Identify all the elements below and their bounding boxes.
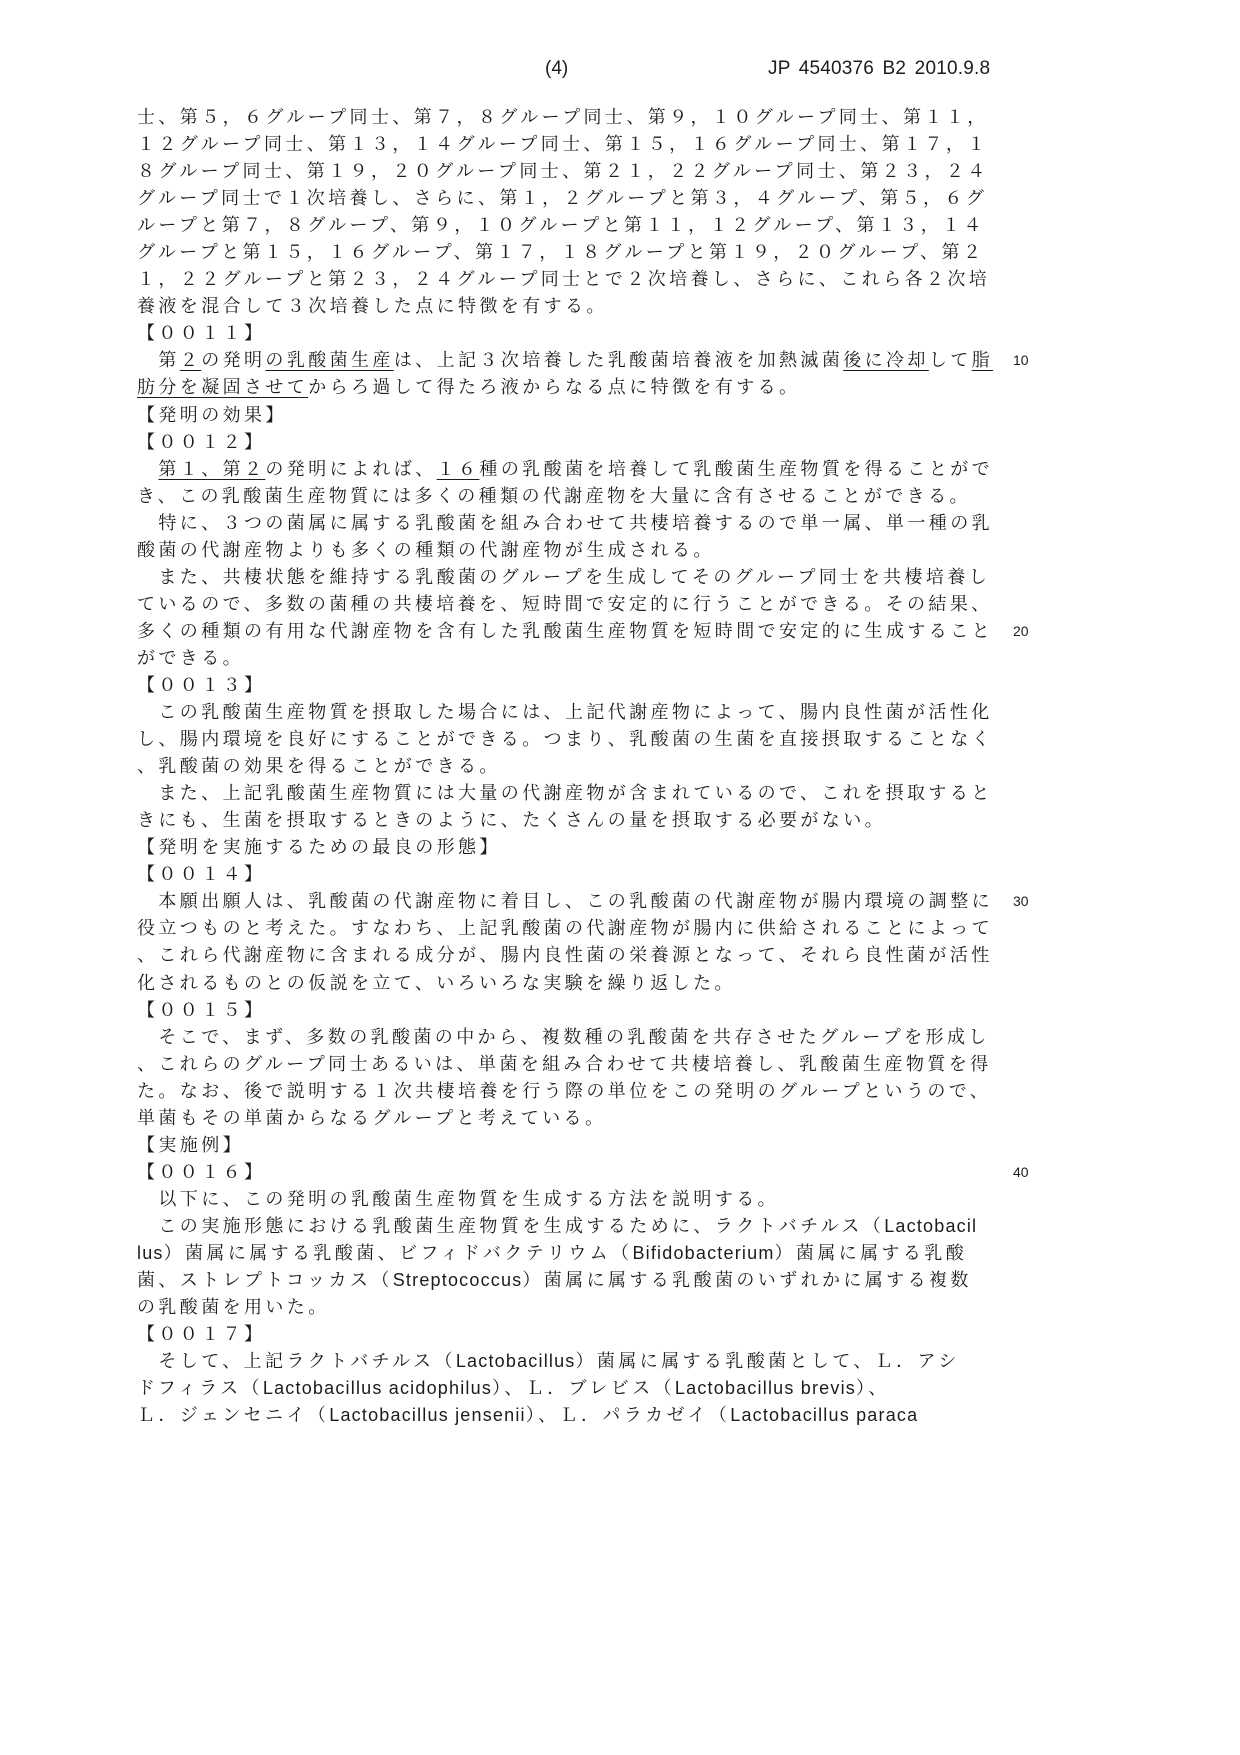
text-segment: 【００１５】	[137, 1000, 265, 1021]
underlined-text: ２	[180, 350, 201, 371]
line-number-marker: 20	[1013, 618, 1029, 645]
underlined-text: 肪分を凝固させて	[137, 377, 308, 398]
text-segment: Ｌ．ジェンセニイ（	[137, 1405, 329, 1426]
text-segment: 士、第５，６グループ同士、第７，８グループ同士、第９，１０グループ同士、第１１，	[137, 107, 989, 128]
text-segment: 第	[137, 350, 180, 371]
text-line: 【発明の効果】	[137, 402, 1037, 429]
text-line: 化されるものとの仮説を立て、いろいろな実験を繰り返した。	[137, 970, 1037, 997]
text-segment: 、乳酸菌の効果を得ることができる。	[137, 756, 501, 777]
text-segment: して	[929, 350, 972, 371]
text-segment: ）菌属に属する乳酸菌として、Ｌ．アシ	[576, 1351, 960, 1372]
text-segment: 多くの種類の有用な代謝産物を含有した乳酸菌生産物質を短時間で安定的に生成すること	[137, 621, 993, 642]
text-line: 【００１１】	[137, 320, 1037, 347]
text-segment: ）、Ｌ．ブレビス（	[492, 1378, 675, 1399]
text-line: この乳酸菌生産物質を摂取した場合には、上記代謝産物によって、腸内良性菌が活性化	[137, 699, 1037, 726]
text-segment: の発明によれば、	[265, 459, 436, 480]
text-line: 【００１５】	[137, 997, 1037, 1024]
text-segment: また、共棲状態を維持する乳酸菌のグループを生成してそのグループ同士を共棲培養し	[137, 567, 990, 588]
text-line: ループと第７，８グループ、第９，１０グループと第１１，１２グループ、第１３，１４	[137, 212, 1037, 239]
text-segment: た。なお、後で説明する１次共棲培養を行う際の単位をこの発明のグループというので、	[137, 1081, 991, 1102]
text-segment: ８グループ同士、第１９，２０グループ同士、第２１，２２グループ同士、第２３，２４	[137, 161, 989, 182]
text-line: ができる。	[137, 645, 1037, 672]
page-header: (4) JP 4540376 B2 2010.9.8	[0, 58, 1240, 86]
text-line: 単菌もその単菌からなるグループと考えている。	[137, 1105, 1037, 1132]
text-line: また、上記乳酸菌生産物質には大量の代謝産物が含まれているので、これを摂取すると	[137, 780, 1037, 807]
text-line: た。なお、後で説明する１次共棲培養を行う際の単位をこの発明のグループというので、	[137, 1078, 1037, 1105]
text-line: 【００１６】40	[137, 1159, 1037, 1186]
text-segment: ）、Ｌ．パラカゼイ（	[526, 1405, 730, 1426]
text-segment: そこで、まず、多数の乳酸菌の中から、複数種の乳酸菌を共存させたグループを形成し	[137, 1027, 990, 1048]
text-line: 【発明を実施するための最良の形態】	[137, 834, 1037, 861]
text-line: 菌、ストレプトコッカス（Streptococcus）菌属に属する乳酸菌のいずれか…	[137, 1267, 1037, 1294]
text-segment: ）菌属に属する乳酸	[775, 1243, 968, 1264]
text-line: 【００１２】	[137, 429, 1037, 456]
text-line: 肪分を凝固させてからろ過して得たろ液からなる点に特徴を有する。	[137, 374, 1037, 401]
text-segment: ループと第７，８グループ、第９，１０グループと第１１，１２グループ、第１３，１４	[137, 215, 985, 236]
latin-term: Lactobacillus acidophilus	[263, 1378, 492, 1398]
underlined-text: の乳酸菌生産	[265, 350, 393, 371]
text-segment: 菌、ストレプトコッカス（	[137, 1270, 393, 1291]
text-line: 第２の発明の乳酸菌生産は、上記３次培養した乳酸菌培養液を加熱滅菌後に冷却して脂1…	[137, 347, 1037, 374]
text-segment: 化されるものとの仮説を立て、いろいろな実験を繰り返した。	[137, 973, 736, 994]
text-segment: また、上記乳酸菌生産物質には大量の代謝産物が含まれているので、これを摂取すると	[137, 783, 993, 804]
underlined-text: １６	[437, 459, 480, 480]
underlined-text: 第１、第２	[158, 459, 265, 480]
latin-term: Lactobacillus paraca	[730, 1405, 918, 1425]
latin-term: Lactobacillus	[456, 1351, 576, 1371]
text-line: ８グループ同士、第１９，２０グループ同士、第２１，２２グループ同士、第２３，２４	[137, 158, 1037, 185]
text-segment: 【００１７】	[137, 1324, 265, 1345]
text-line: そして、上記ラクトバチルス（Lactobacillus）菌属に属する乳酸菌として…	[137, 1348, 1037, 1375]
text-line: lus）菌属に属する乳酸菌、ビフィドバクテリウム（Bifidobacterium…	[137, 1240, 1037, 1267]
latin-term: Bifidobacterium	[632, 1243, 774, 1263]
text-segment: ）菌属に属する乳酸菌のいずれかに属する複数	[522, 1270, 971, 1291]
text-segment: 以下に、この発明の乳酸菌生産物質を生成する方法を説明する。	[137, 1189, 779, 1210]
latin-term: Lactobacil	[884, 1216, 977, 1236]
text-segment: この乳酸菌生産物質を摂取した場合には、上記代謝産物によって、腸内良性菌が活性化	[137, 702, 993, 723]
text-segment: 、これら代謝産物に含まれる成分が、腸内良性菌の栄養源となって、それら良性菌が活性	[137, 945, 993, 966]
text-segment: 【００１６】	[137, 1162, 265, 1183]
text-segment: ）菌属に属する乳酸菌、ビフィドバクテリウム（	[164, 1243, 633, 1264]
text-line: 以下に、この発明の乳酸菌生産物質を生成する方法を説明する。	[137, 1186, 1037, 1213]
text-segment: 【００１３】	[137, 675, 265, 696]
text-segment: 【実施例】	[137, 1135, 244, 1156]
text-segment	[137, 459, 158, 480]
text-line: 第１、第２の発明によれば、１６種の乳酸菌を培養して乳酸菌生産物質を得ることがで	[137, 456, 1037, 483]
text-line: きにも、生菌を摂取するときのように、たくさんの量を摂取する必要がない。	[137, 807, 1037, 834]
text-line: また、共棲状態を維持する乳酸菌のグループを生成してそのグループ同士を共棲培養し	[137, 564, 1037, 591]
text-segment: 本願出願人は、乳酸菌の代謝産物に着目し、この乳酸菌の代謝産物が腸内環境の調整に	[137, 891, 993, 912]
text-line: 【００１７】	[137, 1321, 1037, 1348]
latin-term: Streptococcus	[393, 1270, 523, 1290]
text-segment: 、これらのグループ同士あるいは、単菌を組み合わせて共棲培養し、乳酸菌生産物質を得	[137, 1054, 992, 1075]
publication-id: JP 4540376 B2 2010.9.8	[768, 58, 990, 80]
text-segment: の発明	[201, 350, 265, 371]
text-segment: この実施形態における乳酸菌生産物質を生成するために、ラクトバチルス（	[137, 1216, 884, 1237]
page-number: (4)	[545, 58, 568, 80]
text-segment: そして、上記ラクトバチルス（	[137, 1351, 456, 1372]
text-segment: 単菌もその単菌からなるグループと考えている。	[137, 1108, 606, 1129]
text-line: の乳酸菌を用いた。	[137, 1294, 1037, 1321]
text-line: そこで、まず、多数の乳酸菌の中から、複数種の乳酸菌を共存させたグループを形成し	[137, 1024, 1037, 1051]
text-line: 、乳酸菌の効果を得ることができる。	[137, 753, 1037, 780]
text-line: Ｌ．ジェンセニイ（Lactobacillus jensenii）、Ｌ．パラカゼイ…	[137, 1402, 1037, 1429]
text-line: 養液を混合して３次培養した点に特徴を有する。	[137, 293, 1037, 320]
text-line: １２グループ同士、第１３，１４グループ同士、第１５，１６グループ同士、第１７，１	[137, 131, 1037, 158]
text-segment: 酸菌の代謝産物よりも多くの種類の代謝産物が生成される。	[137, 540, 715, 561]
line-number-marker: 30	[1013, 888, 1029, 915]
text-segment: し、腸内環境を良好にすることができる。つまり、乳酸菌の生菌を直接摂取することなく	[137, 729, 993, 750]
text-line: 酸菌の代謝産物よりも多くの種類の代謝産物が生成される。	[137, 537, 1037, 564]
text-line: 【実施例】	[137, 1132, 1037, 1159]
text-segment: グループと第１５，１６グループ、第１７，１８グループと第１９，２０グループ、第２	[137, 242, 984, 263]
text-line: この実施形態における乳酸菌生産物質を生成するために、ラクトバチルス（Lactob…	[137, 1213, 1037, 1240]
text-segment: 養液を混合して３次培養した点に特徴を有する。	[137, 296, 608, 317]
text-line: グループ同士で１次培養し、さらに、第１，２グループと第３，４グループ、第５，６グ	[137, 185, 1037, 212]
text-line: 【００１４】	[137, 861, 1037, 888]
text-segment: 【発明を実施するための最良の形態】	[137, 837, 501, 858]
text-line: 、これらのグループ同士あるいは、単菌を組み合わせて共棲培養し、乳酸菌生産物質を得	[137, 1051, 1037, 1078]
text-segment: ドフィラス（	[137, 1378, 263, 1399]
text-segment: ているので、多数の菌種の共棲培養を、短時間で安定的に行うことができる。その結果、	[137, 594, 993, 615]
text-line: 本願出願人は、乳酸菌の代謝産物に着目し、この乳酸菌の代謝産物が腸内環境の調整に3…	[137, 888, 1037, 915]
text-segment: 【発明の効果】	[137, 405, 287, 426]
latin-term: Lactobacillus brevis	[675, 1378, 856, 1398]
text-segment: の乳酸菌を用いた。	[137, 1297, 330, 1318]
text-line: 士、第５，６グループ同士、第７，８グループ同士、第９，１０グループ同士、第１１，	[137, 104, 1037, 131]
text-segment: １，２２グループと第２３，２４グループ同士とで２次培養し、さらに、これら各２次培	[137, 269, 990, 290]
text-segment: 種の乳酸菌を培養して乳酸菌生産物質を得ることがで	[479, 459, 993, 480]
text-segment: からろ過して得たろ液からなる点に特徴を有する。	[308, 377, 800, 398]
text-line: 特に、３つの菌属に属する乳酸菌を組み合わせて共棲培養するので単一属、単一種の乳	[137, 510, 1037, 537]
text-line: し、腸内環境を良好にすることができる。つまり、乳酸菌の生菌を直接摂取することなく	[137, 726, 1037, 753]
text-segment: グループ同士で１次培養し、さらに、第１，２グループと第３，４グループ、第５，６グ	[137, 188, 987, 209]
text-segment: 【００１２】	[137, 432, 265, 453]
text-segment: 【００１４】	[137, 864, 265, 885]
text-line: 多くの種類の有用な代謝産物を含有した乳酸菌生産物質を短時間で安定的に生成すること…	[137, 618, 1037, 645]
text-segment: き、この乳酸菌生産物質には多くの種類の代謝産物を大量に含有させることができる。	[137, 486, 971, 507]
underlined-text: 後に冷却	[843, 350, 929, 371]
text-line: １，２２グループと第２３，２４グループ同士とで２次培養し、さらに、これら各２次培	[137, 266, 1037, 293]
text-line: 、これら代謝産物に含まれる成分が、腸内良性菌の栄養源となって、それら良性菌が活性	[137, 942, 1037, 969]
text-line: ドフィラス（Lactobacillus acidophilus）、Ｌ．ブレビス（…	[137, 1375, 1037, 1402]
text-segment: は、上記３次培養した乳酸菌培養液を加熱滅菌	[394, 350, 843, 371]
text-line: グループと第１５，１６グループ、第１７，１８グループと第１９，２０グループ、第２	[137, 239, 1037, 266]
document-body: 士、第５，６グループ同士、第７，８グループ同士、第９，１０グループ同士、第１１，…	[137, 104, 1037, 1429]
text-line: 役立つものと考えた。すなわち、上記乳酸菌の代謝産物が腸内に供給されることによって	[137, 915, 1037, 942]
text-segment: ）、	[856, 1378, 890, 1399]
text-line: ているので、多数の菌種の共棲培養を、短時間で安定的に行うことができる。その結果、	[137, 591, 1037, 618]
underlined-text: 脂	[972, 350, 993, 371]
latin-term: Lactobacillus jensenii	[329, 1405, 526, 1425]
text-segment: １２グループ同士、第１３，１４グループ同士、第１５，１６グループ同士、第１７，１	[137, 134, 989, 155]
text-segment: ができる。	[137, 648, 244, 669]
line-number-marker: 10	[1013, 347, 1029, 374]
latin-term: lus	[137, 1243, 164, 1263]
text-segment: 役立つものと考えた。すなわち、上記乳酸菌の代謝産物が腸内に供給されることによって	[137, 918, 993, 939]
text-segment: 特に、３つの菌属に属する乳酸菌を組み合わせて共棲培養するので単一属、単一種の乳	[137, 513, 993, 534]
text-segment: きにも、生菌を摂取するときのように、たくさんの量を摂取する必要がない。	[137, 810, 886, 831]
text-segment: 【００１１】	[137, 323, 265, 344]
text-line: き、この乳酸菌生産物質には多くの種類の代謝産物を大量に含有させることができる。	[137, 483, 1037, 510]
line-number-marker: 40	[1013, 1159, 1029, 1186]
text-line: 【００１３】	[137, 672, 1037, 699]
